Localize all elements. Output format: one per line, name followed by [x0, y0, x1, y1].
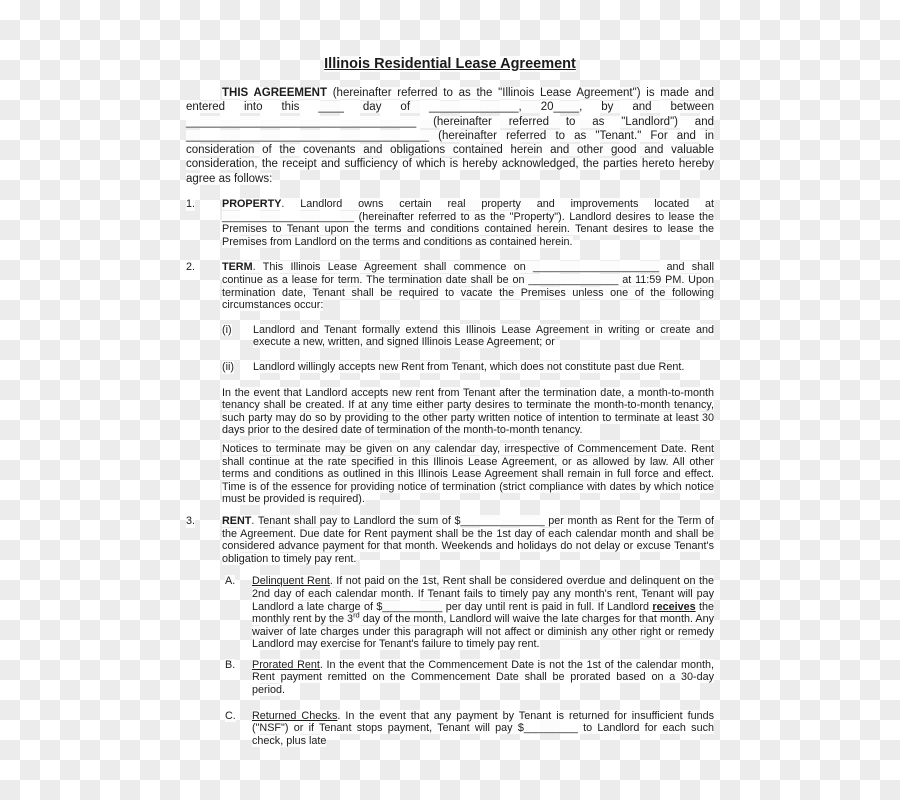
rent-clause-prorated-paragraph: Prorated Rent. In the event that the Com… [252, 659, 714, 697]
term-item-ii-text: Landlord willingly accepts new Rent from… [253, 361, 684, 373]
rent-clause-returned-checks-heading: Returned Checks [252, 710, 337, 722]
term-item-i-paragraph: Landlord and Tenant formally extend this… [253, 324, 714, 349]
rent-clause-prorated-text: . In the event that the Commencement Dat… [252, 659, 714, 696]
section-rent-paragraph: RENT. Tenant shall pay to Landlord the s… [222, 515, 714, 565]
term-notices-text: Notices to terminate may be given on any… [222, 443, 714, 505]
term-month-to-month-text: In the event that Landlord accepts new r… [222, 387, 714, 437]
term-item-ii-marker: (ii) [222, 361, 234, 374]
intro-text: (hereinafter referred to as the "Illinoi… [186, 87, 714, 185]
section-rent-number: 3. [186, 515, 195, 528]
rent-clause-delinquent-heading: Delinquent Rent [252, 575, 330, 587]
rent-clause-delinquent-marker: A. [225, 575, 235, 588]
rent-clause-prorated-marker: B. [225, 659, 235, 672]
document-title: Illinois Residential Lease Agreement [186, 56, 714, 73]
rent-clause-returned-checks-marker: C. [225, 710, 236, 723]
document-page: Illinois Residential Lease Agreement THI… [0, 0, 900, 800]
rent-clause-returned-checks: C. Returned Checks. In the event that an… [225, 710, 714, 748]
rent-clause-delinquent-ordinal: rd [353, 611, 360, 620]
document-title-text: Illinois Residential Lease Agreement [324, 56, 576, 72]
section-rent-heading: RENT [222, 515, 251, 527]
section-term-text: . This Illinois Lease Agreement shall co… [222, 261, 714, 311]
section-property-number: 1. [186, 198, 195, 211]
term-item-i-marker: (i) [222, 324, 232, 337]
section-term-heading: TERM [222, 261, 253, 273]
section-term: 2. TERM. This Illinois Lease Agreement s… [186, 261, 714, 506]
section-property-heading: PROPERTY [222, 198, 281, 210]
term-notices-paragraph: Notices to terminate may be given on any… [222, 443, 714, 506]
rent-clause-prorated-heading: Prorated Rent [252, 659, 320, 671]
term-item-ii-paragraph: Landlord willingly accepts new Rent from… [253, 361, 714, 374]
rent-clause-prorated: B. Prorated Rent. In the event that the … [225, 659, 714, 697]
term-month-to-month-paragraph: In the event that Landlord accepts new r… [222, 387, 714, 437]
section-rent: 3. RENT. Tenant shall pay to Landlord th… [186, 515, 714, 748]
term-item-i: (i) Landlord and Tenant formally extend … [222, 324, 714, 349]
section-term-number: 2. [186, 261, 195, 274]
term-item-ii: (ii) Landlord willingly accepts new Rent… [222, 361, 714, 374]
term-item-i-text: Landlord and Tenant formally extend this… [253, 324, 714, 349]
rent-clause-returned-checks-paragraph: Returned Checks. In the event that any p… [252, 710, 714, 748]
rent-clause-delinquent: A. Delinquent Rent. If not paid on the 1… [225, 575, 714, 651]
rent-clause-delinquent-emphasis: receives [652, 601, 695, 613]
rent-clause-delinquent-paragraph: Delinquent Rent. If not paid on the 1st,… [252, 575, 714, 651]
intro-lead: THIS AGREEMENT [222, 87, 327, 99]
document-content: Illinois Residential Lease Agreement THI… [186, 56, 714, 747]
section-rent-text: . Tenant shall pay to Landlord the sum o… [222, 515, 714, 565]
intro-paragraph: THIS AGREEMENT (hereinafter referred to … [186, 86, 714, 186]
section-property-text: . Landlord owns certain real property an… [222, 198, 714, 248]
section-term-paragraph: TERM. This Illinois Lease Agreement shal… [222, 261, 714, 311]
section-property-paragraph: PROPERTY. Landlord owns certain real pro… [222, 198, 714, 248]
section-property: 1. PROPERTY. Landlord owns certain real … [186, 198, 714, 248]
